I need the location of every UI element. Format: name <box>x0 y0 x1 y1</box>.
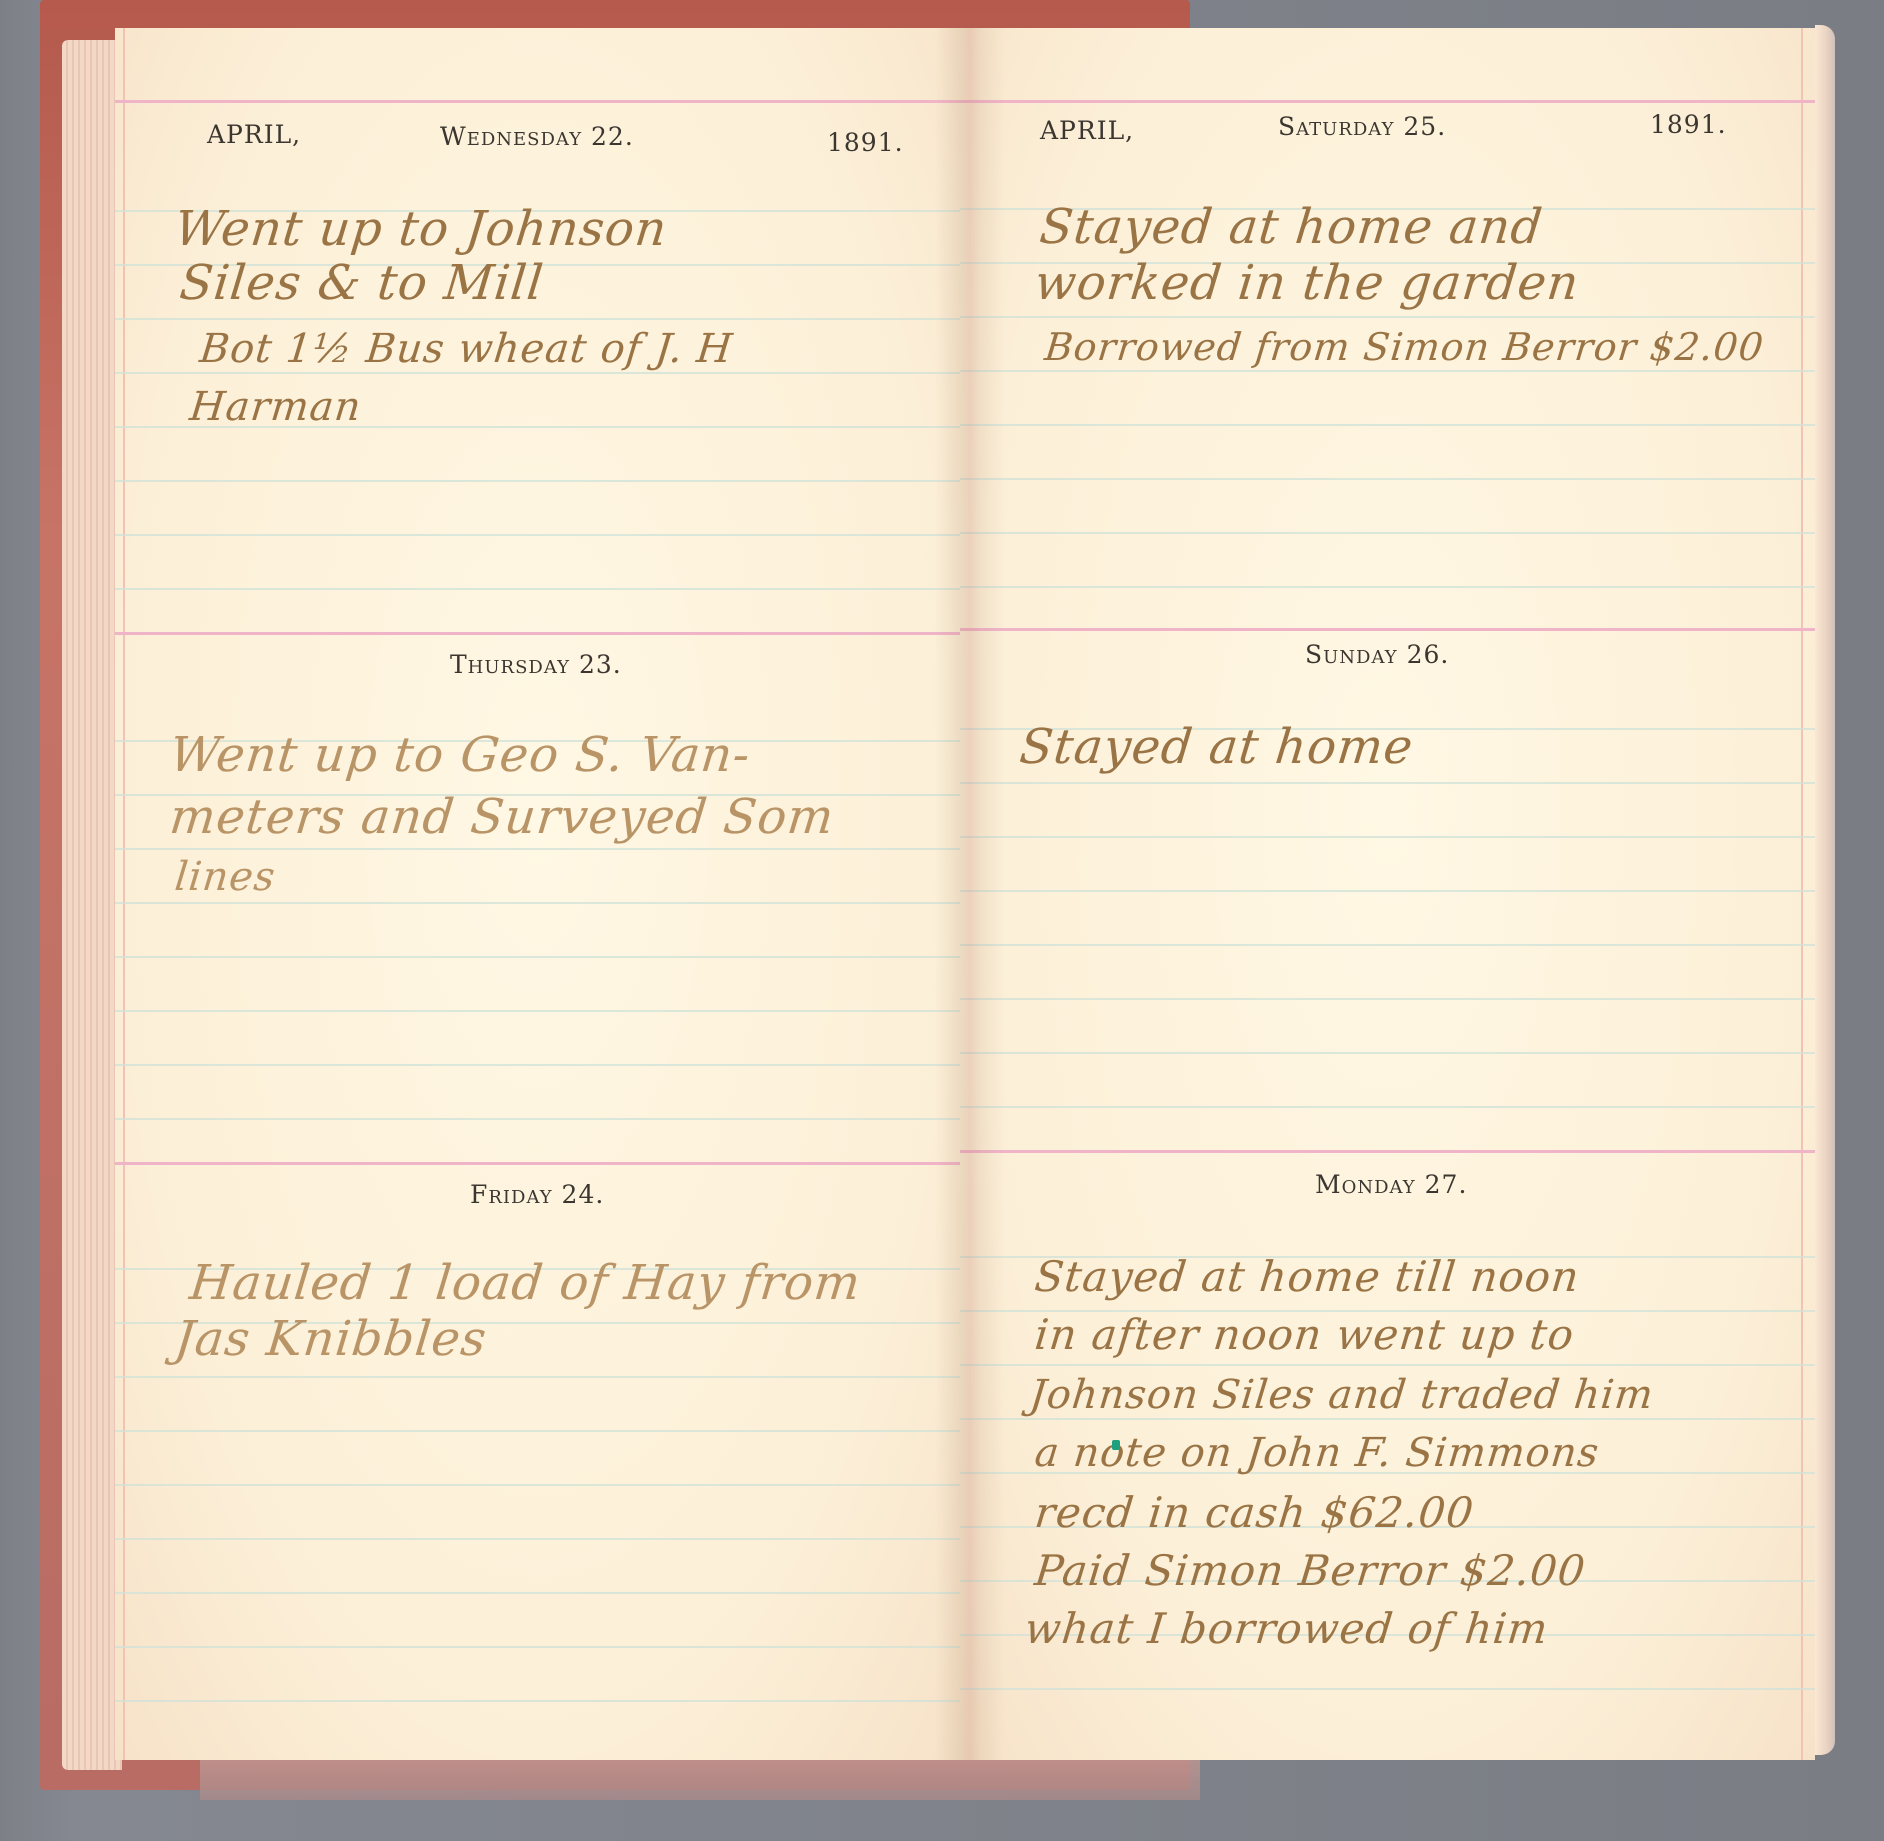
year-label: 1891. <box>827 128 904 157</box>
entry-line: Went up to Geo S. Van- <box>167 726 753 784</box>
entry-line: recd in cash $62.00 <box>1032 1484 1477 1542</box>
ruled-line <box>960 1688 1815 1690</box>
pink-rule <box>960 100 1815 103</box>
entry-line: Harman <box>187 378 364 436</box>
ruled-line <box>115 534 960 536</box>
ruled-line <box>115 1538 960 1540</box>
pink-rule <box>960 628 1815 631</box>
entry-line: Hauled 1 load of Hay from <box>187 1254 864 1312</box>
entry-line: Went up to Johnson <box>172 200 670 258</box>
entry-line: a note on John F. Simmons <box>1032 1424 1602 1482</box>
pink-rule <box>115 1162 960 1165</box>
day-header-monday: Monday 27. <box>1315 1170 1467 1199</box>
entry-line: in after noon went up to <box>1032 1306 1577 1364</box>
ruled-line <box>115 480 960 482</box>
pink-rule <box>960 1150 1815 1153</box>
entry-line: meters and Surveyed Som <box>167 788 837 846</box>
ruled-line <box>960 890 1815 892</box>
entry-line: Jas Knibbles <box>172 1310 490 1368</box>
ruled-line <box>115 1010 960 1012</box>
ruled-line <box>960 998 1815 1000</box>
ruled-line <box>960 782 1815 784</box>
ruled-line <box>960 586 1815 588</box>
ruled-line <box>115 1064 960 1066</box>
year-label: 1891. <box>1650 110 1727 139</box>
month-label: APRIL, <box>207 120 301 149</box>
day-header-wednesday: Wednesday 22. <box>440 122 634 151</box>
ruled-line <box>960 1052 1815 1054</box>
ruled-line <box>960 532 1815 534</box>
ruled-line <box>960 478 1815 480</box>
ruled-line <box>115 1376 960 1378</box>
diary-spread: APRIL, Wednesday 22. 1891. Went up to Jo… <box>115 28 1815 1760</box>
ruled-line <box>115 1430 960 1432</box>
entry-line: what I borrowed of him <box>1022 1600 1551 1658</box>
entry-line: worked in the garden <box>1032 254 1582 312</box>
pink-rule <box>115 100 960 103</box>
entry-line: Johnson Siles and traded him <box>1027 1366 1657 1424</box>
entry-line: Borrowed from Simon Berror $2.00 <box>1042 318 1767 376</box>
entry-line: Siles & to Mill <box>177 254 547 312</box>
ruled-line <box>115 1646 960 1648</box>
pink-rule <box>115 632 960 635</box>
ruled-line <box>960 1106 1815 1108</box>
day-header-saturday: Saturday 25. <box>1278 112 1446 141</box>
ruled-line <box>960 944 1815 946</box>
entry-line: Paid Simon Berror $2.00 <box>1032 1542 1589 1600</box>
ruled-line <box>115 1484 960 1486</box>
ruled-line <box>115 588 960 590</box>
page-edges-left <box>62 40 122 1770</box>
page-margin-line <box>123 28 125 1760</box>
entry-line: Stayed at home and <box>1037 198 1546 256</box>
green-ink-spot <box>1112 1440 1120 1450</box>
ruled-line <box>115 1700 960 1702</box>
ruled-line <box>115 1592 960 1594</box>
right-page: APRIL, Saturday 25. 1891. Stayed at home… <box>960 28 1815 1760</box>
ruled-line <box>115 956 960 958</box>
entry-line: lines <box>172 848 279 906</box>
month-label: APRIL, <box>1040 116 1134 145</box>
page-margin-line <box>1801 28 1803 1760</box>
ruled-line <box>960 836 1815 838</box>
entry-line: Bot 1½ Bus wheat of J. H <box>197 320 736 378</box>
page-edges-right <box>1815 25 1835 1755</box>
left-page: APRIL, Wednesday 22. 1891. Went up to Jo… <box>115 28 960 1760</box>
ruled-line <box>960 424 1815 426</box>
entry-line: Stayed at home till noon <box>1032 1248 1582 1306</box>
ruled-line <box>115 1118 960 1120</box>
day-header-friday: Friday 24. <box>470 1180 604 1209</box>
day-header-thursday: Thursday 23. <box>450 650 622 679</box>
entry-line: Stayed at home <box>1017 718 1416 776</box>
day-header-sunday: Sunday 26. <box>1305 640 1449 669</box>
